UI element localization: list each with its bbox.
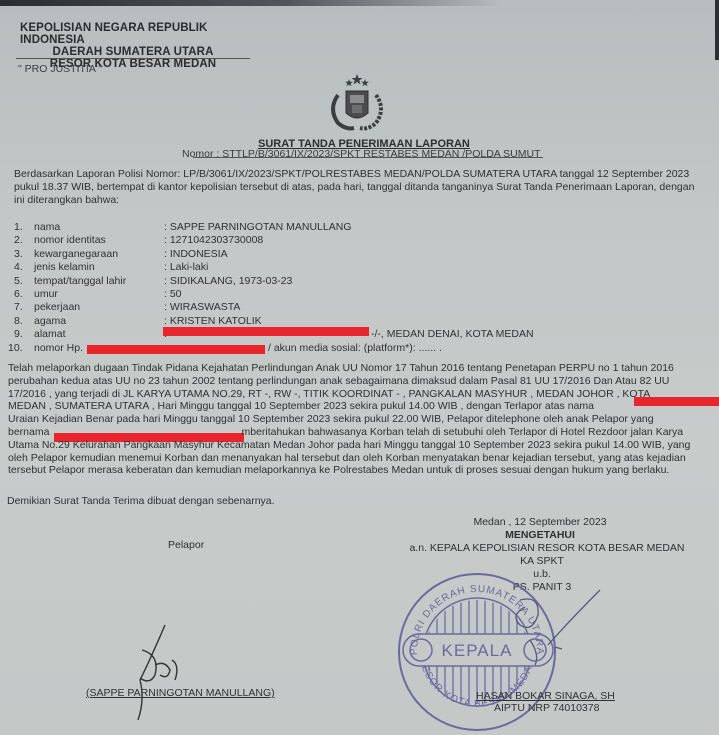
field-value: : 1271042303730008 [164, 234, 263, 246]
field-number: 9. [14, 328, 23, 340]
place-date: Medan , 12 September 2023 [380, 516, 700, 529]
field-number: 4. [14, 261, 23, 273]
reporter-role: Pelapor [168, 539, 204, 551]
report-line-9: tersebut Pelapor merasa keberatan dan ke… [8, 464, 719, 477]
redaction-phone [87, 345, 265, 354]
field-label: jenis kelamin [34, 261, 95, 273]
official-name: HASAN BOKAR SINAGA, SH [476, 690, 615, 702]
field-value: : WIRASWASTA [164, 301, 240, 313]
field-value: : 50 [164, 288, 182, 300]
intro-line-1: Berdasarkan Laporan Polisi Nomor: LP/B/3… [14, 168, 714, 181]
field-number: 2. [14, 234, 23, 246]
field-value: : SIDIKALANG, 1973-03-23 [164, 275, 292, 287]
photo-edge-shadow-right [715, 0, 719, 60]
reporter-signature-scribble [120, 620, 200, 720]
on-behalf-line: a.n. KEPALA KEPOLISIAN RESOR KOTA BESAR … [394, 542, 700, 555]
report-line-1: Telah melaporkan dugaan Tindak Pidana Ke… [8, 362, 719, 375]
report-line-2: perubahan kedua atas UU no 23 tahun 2002… [8, 375, 719, 388]
field-label: nomor Hp. [34, 342, 83, 354]
intro-line-2: pukul 18.37 WIB, bertempat di kantor kep… [14, 181, 714, 194]
document-number-rule [193, 157, 543, 158]
report-line-3: 17/2016 , yang terjadi di JL KARYA UTAMA… [8, 388, 719, 401]
field-value: : SAPPE PARNINGOTAN MANULLANG [164, 221, 351, 233]
field-value: : Laki-laki [164, 261, 208, 273]
field-number: 7. [14, 301, 23, 313]
field-value: : KRISTEN KATOLIK [164, 315, 262, 327]
field-label: alamat [34, 328, 66, 340]
field-number: 8. [14, 315, 23, 327]
field-number: 10. [8, 342, 23, 354]
official-signature-scribble [480, 585, 610, 675]
report-line-5: Uraian Kejadian Benar pada hari Minggu t… [8, 413, 719, 426]
field-label: nama [34, 221, 60, 233]
field-label: pekerjaan [34, 301, 80, 313]
report-line-6: bernamamberitahukan bahwasanya Korban te… [8, 426, 719, 439]
closing-statement: Demikian Surat Tanda Terima dibuat denga… [7, 495, 275, 508]
police-emblem-icon [324, 73, 390, 133]
field-suffix: / akun media sosial: (platform*): ......… [268, 342, 442, 354]
field-label: agama [34, 315, 66, 327]
letterhead-rule [16, 58, 250, 59]
photo-edge-shadow [0, 0, 719, 6]
report-line-6-start: bernama [8, 426, 49, 438]
field-label: umur [34, 288, 58, 300]
reporter-name: (SAPPE PARNINGOTAN MANULLANG) [86, 687, 275, 699]
pro-justitia: " PRO JUSTITIA " [18, 63, 102, 75]
letterhead-line-2: DAERAH SUMATERA UTARA [16, 46, 250, 58]
field-number: 1. [14, 221, 23, 233]
field-value: : INDONESIA [164, 248, 228, 260]
field-label: kewarganegaraan [34, 248, 118, 260]
document-number: Nomor : STTLP/B/3061/IX/2023/SPKT RESTAB… [182, 148, 540, 160]
intro-line-3: ini diterangkan bahwa: [14, 194, 714, 207]
ka-spkt-line: KA SPKT [384, 555, 700, 568]
field-suffix: -/-, MEDAN DENAI, KOTA MEDAN [371, 328, 534, 340]
field-label: tempat/tanggal lahir [34, 275, 126, 287]
mengetahui-label: MENGETAHUI [380, 529, 700, 542]
letterhead-line-1: KEPOLISIAN NEGARA REPUBLIK INDONESIA [20, 22, 250, 46]
field-number: 6. [14, 288, 23, 300]
field-number: 5. [14, 275, 23, 287]
intro-paragraph: Berdasarkan Laporan Polisi Nomor: LP/B/3… [14, 168, 714, 206]
field-number: 3. [14, 248, 23, 260]
report-line-4: MEDAN , SUMATERA UTARA , Hari Minggu tan… [8, 400, 719, 413]
field-label: nomor identitas [34, 234, 106, 246]
official-rank: AIPTU NRP 74010378 [494, 702, 599, 714]
redaction-address [163, 327, 369, 336]
report-line-7: Utama No.29 Kelurahan Pangkaan Masyhur K… [8, 439, 719, 452]
report-line-8: oleh Pelapor kemudian menemui Korban dan… [8, 452, 719, 465]
report-line-6-end: mberitahukan bahwasanya Korban telah di … [241, 426, 683, 438]
report-paragraph: Telah melaporkan dugaan Tindak Pidana Ke… [8, 362, 719, 477]
